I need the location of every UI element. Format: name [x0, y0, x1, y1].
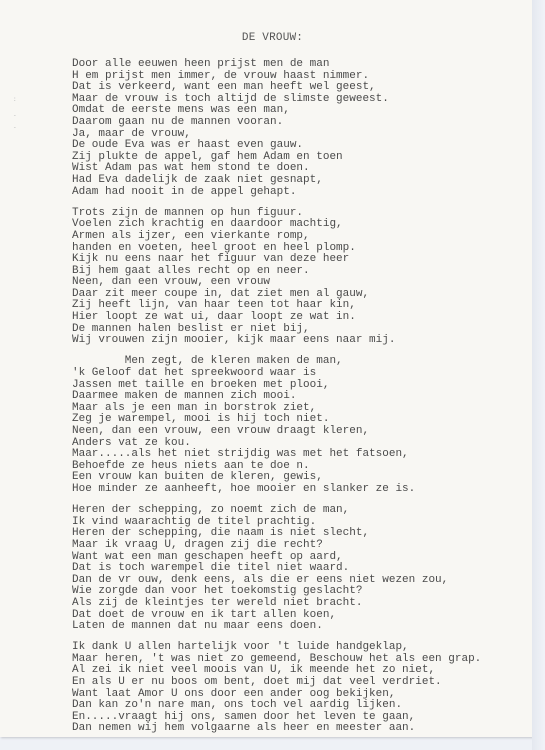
poem-line: Had Eva dadelijk de zaak niet gesnapt, — [72, 175, 481, 187]
poem-line: Heren der schepping, zo noemt zich de ma… — [72, 505, 481, 517]
margin-mark: - — [13, 112, 17, 119]
poem-line: 'k Geloof dat het spreekwoord waar is — [72, 368, 481, 380]
poem-line: Door alle eeuwen heen prijst men de man — [72, 59, 481, 71]
poem-line: Hier loopt ze wat ui, daar loopt ze wat … — [72, 312, 481, 324]
stanza: Heren der schepping, zo noemt zich de ma… — [72, 505, 481, 633]
poem-line: Dan nemen wij hem volgaarne als heer en … — [72, 723, 481, 735]
poem-line: De oude Eva was er haast even gauw. — [72, 140, 481, 152]
poem-line: Hoe minder ze aanheeft, hoe mooier en sl… — [72, 484, 481, 496]
stanza: Trots zijn de mannen op hun figuur.Voele… — [72, 208, 481, 347]
scan-background-edge — [532, 0, 545, 750]
poem-line: Wij vrouwen zijn mooier, kijk maar eens … — [72, 335, 481, 347]
poem-line: Armen als ijzer, een vierkante romp, — [72, 231, 481, 243]
poem-line: Maar ik vraag U, dragen zij die recht? — [72, 540, 481, 552]
margin-mark: : — [13, 96, 17, 103]
typewritten-page: DE VROUW: : - - Door alle eeuwen heen pr… — [0, 0, 532, 737]
poem-line: En als U er nu boos om bent, doet mij da… — [72, 677, 481, 689]
stanza: Men zegt, de kleren maken de man,'k Gelo… — [72, 356, 481, 495]
poem-body: Door alle eeuwen heen prijst men de manH… — [72, 59, 481, 745]
stanza: Door alle eeuwen heen prijst men de manH… — [72, 59, 481, 198]
poem-line: Dat is toch warempel die titel niet waar… — [72, 563, 481, 575]
poem-line: Kijk nu eens naar het figuur van deze he… — [72, 254, 481, 266]
poem-line: Daarom gaan nu de mannen vooran. — [72, 117, 481, 129]
poem-line: Laten de mannen dat nu maar eens doen. — [72, 621, 481, 633]
stanza: Ik dank U allen hartelijk voor 't luide … — [72, 642, 481, 735]
margin-mark: - — [13, 124, 17, 131]
poem-title: DE VROUW: — [0, 32, 545, 44]
poem-line: Als zij de kleintjes ter wereld niet bra… — [72, 598, 481, 610]
poem-line: Neen, dan een vrouw, een vrouw draagt kl… — [72, 426, 481, 438]
poem-line: Adam had nooit in de appel gehapt. — [72, 187, 481, 199]
